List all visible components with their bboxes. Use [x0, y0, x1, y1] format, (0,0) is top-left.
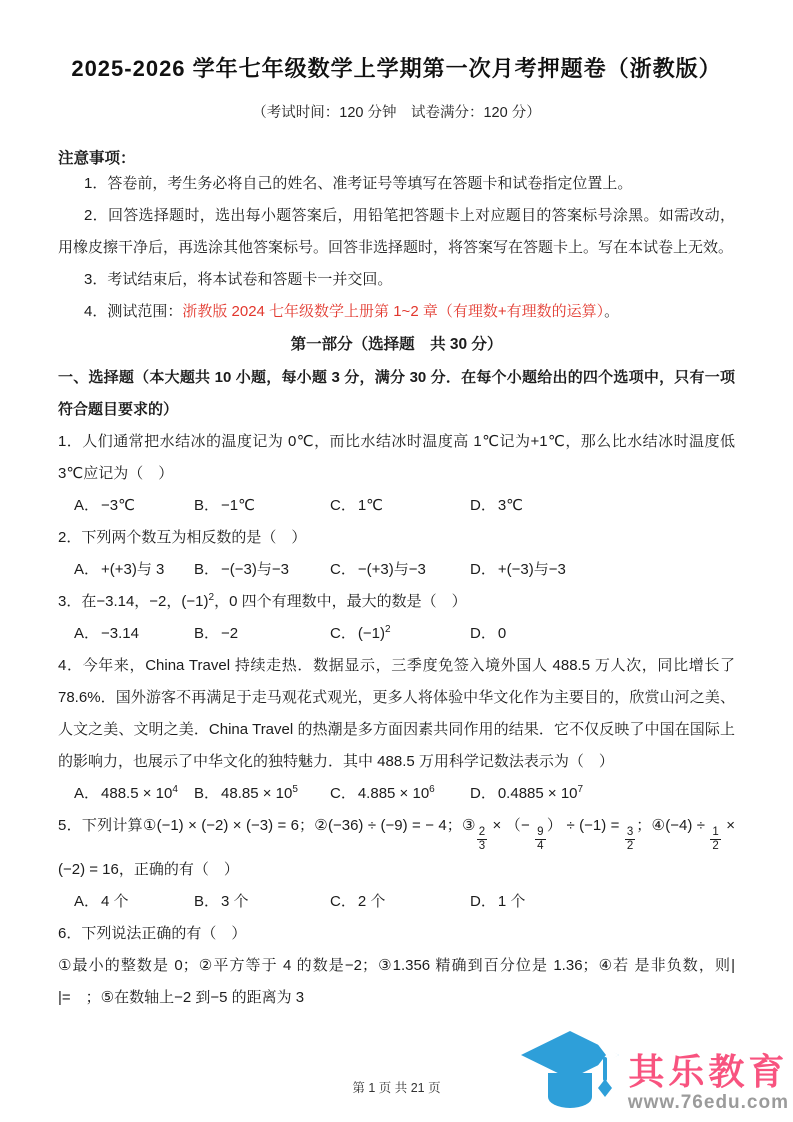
question-4-option-a: A．488.5 × 104: [74, 778, 194, 810]
question-5-option-d: D．1 个: [470, 886, 735, 918]
question-3-option-c: C．(−1)2: [330, 618, 470, 650]
question-2-option-d: D．+(−3)与−3: [470, 554, 735, 586]
notice-item-4-prefix: 4．测试范围：: [84, 303, 182, 320]
notice-item-1: 1．答卷前，考生务必将自己的姓名、准考证号等填写在答题卡和试卷指定位置上。: [58, 168, 735, 200]
question-1-option-d: D．3℃: [470, 490, 735, 522]
question-2-option-b: B．−(−3)与−3: [194, 554, 330, 586]
question-3: 3．在−3.14，−2，(−1)2，0 四个有理数中，最大的数是（ ） A．−3…: [58, 586, 735, 650]
question-1-option-b: B．−1℃: [194, 490, 330, 522]
part1-heading: 第一部分（选择题 共 30 分）: [58, 328, 735, 362]
question-5-options: A．4 个 B．3 个 C．2 个 D．1 个: [58, 886, 735, 918]
graduation-cap-icon: [518, 1029, 622, 1118]
question-3-options: A．−3.14 B．−2 C．(−1)2 D．0: [58, 618, 735, 650]
notice-range-highlight: 浙教版 2024 七年级数学上册第 1~2 章（有理数+有理数的运算）: [182, 303, 604, 320]
question-1-stem: 1．人们通常把水结冰的温度记为 0℃，而比水结冰时温度高 1℃记为+1℃，那么比…: [58, 426, 735, 490]
question-4-option-c: C．4.885 × 106: [330, 778, 470, 810]
question-5-option-c: C．2 个: [330, 886, 470, 918]
notice-item-3: 3．考试结束后，将本试卷和答题卡一并交回。: [58, 264, 735, 296]
question-3-option-a: A．−3.14: [74, 618, 194, 650]
brand-text-block: 其乐教育 www.76edu.com: [628, 1052, 789, 1118]
question-3-option-b: B．−2: [194, 618, 330, 650]
notice-item-4-suffix: 。: [604, 303, 619, 320]
question-4-option-b: B．48.85 × 105: [194, 778, 330, 810]
exam-title: 2025-2026 学年七年级数学上学期第一次月考押题卷（浙教版）: [58, 52, 735, 83]
question-5-option-a: A．4 个: [74, 886, 194, 918]
question-4-option-d: D．0.4885 × 107: [470, 778, 735, 810]
brand-url: www.76edu.com: [628, 1093, 789, 1114]
question-4: 4．今年来，China Travel 持续走热．数据显示，三季度免签入境外国人 …: [58, 650, 735, 810]
question-3-stem: 3．在−3.14，−2，(−1)2，0 四个有理数中，最大的数是（ ）: [58, 586, 735, 618]
question-6: 6．下列说法正确的有（ ） ①最小的整数是 0；②平方等于 4 的数是−2；③1…: [58, 918, 735, 1014]
page-content: 2025-2026 学年七年级数学上学期第一次月考押题卷（浙教版） （考试时间：…: [0, 52, 793, 1014]
question-1: 1．人们通常把水结冰的温度记为 0℃，而比水结冰时温度高 1℃记为+1℃，那么比…: [58, 426, 735, 522]
question-2-options: A．+(+3)与 3 B．−(−3)与−3 C．−(+3)与−3 D．+(−3)…: [58, 554, 735, 586]
question-3-option-d: D．0: [470, 618, 735, 650]
question-5-option-b: B．3 个: [194, 886, 330, 918]
question-1-option-c: C．1℃: [330, 490, 470, 522]
question-6-stem: 6．下列说法正确的有（ ）: [58, 918, 735, 950]
notice-heading: 注意事项：: [58, 146, 735, 168]
question-4-stem: 4．今年来，China Travel 持续走热．数据显示，三季度免签入境外国人 …: [58, 650, 735, 778]
question-5: 5．下列计算①(−1) × (−2) × (−3) = 6；②(−36) ÷ (…: [58, 810, 735, 918]
exam-page: 2025-2026 学年七年级数学上学期第一次月考押题卷（浙教版） （考试时间：…: [0, 0, 793, 1122]
question-4-options: A．488.5 × 104 B．48.85 × 105 C．4.885 × 10…: [58, 778, 735, 810]
question-1-option-a: A．−3℃: [74, 490, 194, 522]
notice-item-4: 4．测试范围：浙教版 2024 七年级数学上册第 1~2 章（有理数+有理数的运…: [58, 296, 735, 328]
question-2-stem: 2．下列两个数互为相反数的是（ ）: [58, 522, 735, 554]
notice-item-2: 2．回答选择题时，选出每小题答案后，用铅笔把答题卡上对应题目的答案标号涂黑。如需…: [58, 200, 735, 264]
question-2-option-c: C．−(+3)与−3: [330, 554, 470, 586]
question-2: 2．下列两个数互为相反数的是（ ） A．+(+3)与 3 B．−(−3)与−3 …: [58, 522, 735, 586]
question-6-statements: ①最小的整数是 0；②平方等于 4 的数是−2；③1.356 精确到百分位是 1…: [58, 950, 735, 1014]
question-2-option-a: A．+(+3)与 3: [74, 554, 194, 586]
brand-name: 其乐教育: [628, 1052, 788, 1092]
question-5-stem: 5．下列计算①(−1) × (−2) × (−3) = 6；②(−36) ÷ (…: [58, 810, 735, 886]
section-intro: 一、选择题（本大题共 10 小题，每小题 3 分，满分 30 分．在每个小题给出…: [58, 362, 735, 426]
brand-logo: 其乐教育 www.76edu.com: [518, 1029, 789, 1118]
question-1-options: A．−3℃ B．−1℃ C．1℃ D．3℃: [58, 490, 735, 522]
exam-subtitle: （考试时间：120 分钟 试卷满分：120 分）: [58, 101, 735, 122]
